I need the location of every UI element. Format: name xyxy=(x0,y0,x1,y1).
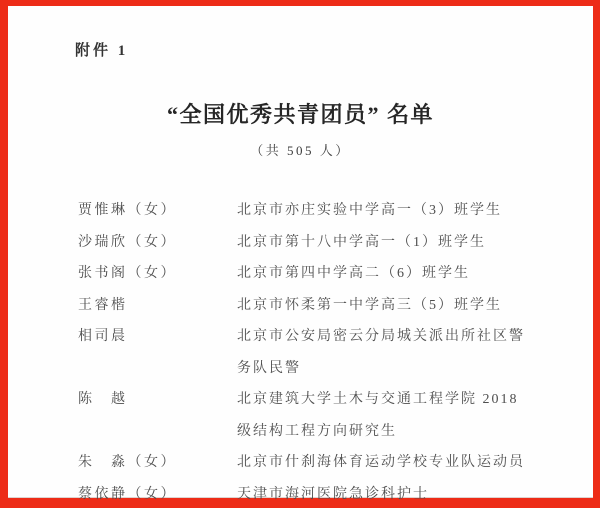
member-name: 相司晨 xyxy=(78,321,237,353)
member-description-line: 北京市公安局密云分局城关派出所社区警 xyxy=(237,321,563,353)
document-page: 附件 1 “全国优秀共青团员” 名单 （共 505 人） 贾惟琳（女） 北京市亦… xyxy=(8,6,593,498)
member-name: 王睿楷 xyxy=(78,290,237,322)
member-description-line: 天津市海河医院急诊科护士 xyxy=(237,479,563,508)
member-name: 沙瑞欣（女） xyxy=(78,227,237,259)
member-row: 相司晨 北京市公安局密云分局城关派出所社区警务队民警 xyxy=(78,321,563,384)
member-row: 蔡依静（女） 天津市海河医院急诊科护士 xyxy=(78,479,563,508)
member-description-line: 务队民警 xyxy=(237,353,563,385)
member-name: 陈 越 xyxy=(78,384,237,416)
member-description-line: 北京建筑大学土木与交通工程学院 2018 xyxy=(237,384,563,416)
member-description-line: 北京市第十八中学高一（1）班学生 xyxy=(237,227,563,259)
member-name: 朱 淼（女） xyxy=(78,447,237,479)
member-row: 张书阁（女） 北京市第四中学高二（6）班学生 xyxy=(78,258,563,290)
member-description: 北京建筑大学土木与交通工程学院 2018级结构工程方向研究生 xyxy=(237,384,563,447)
attachment-label: 附件 1 xyxy=(75,39,128,60)
member-description-line: 北京市什刹海体育运动学校专业队运动员 xyxy=(237,447,563,479)
member-description-line: 北京市怀柔第一中学高三（5）班学生 xyxy=(237,290,563,322)
member-name: 蔡依静（女） xyxy=(78,479,237,508)
member-description-line: 北京市亦庄实验中学高一（3）班学生 xyxy=(237,195,563,227)
member-description: 北京市第四中学高二（6）班学生 xyxy=(237,258,563,290)
member-description-line: 级结构工程方向研究生 xyxy=(237,416,563,448)
member-description: 北京市第十八中学高一（1）班学生 xyxy=(237,227,563,259)
member-description: 北京市亦庄实验中学高一（3）班学生 xyxy=(237,195,563,227)
member-description: 北京市什刹海体育运动学校专业队运动员 xyxy=(237,447,563,479)
member-row: 贾惟琳（女） 北京市亦庄实验中学高一（3）班学生 xyxy=(78,195,563,227)
member-row: 陈 越 北京建筑大学土木与交通工程学院 2018级结构工程方向研究生 xyxy=(78,384,563,447)
page-subtitle: （共 505 人） xyxy=(8,140,593,159)
member-row: 朱 淼（女） 北京市什刹海体育运动学校专业队运动员 xyxy=(78,447,563,479)
member-description: 北京市怀柔第一中学高三（5）班学生 xyxy=(237,290,563,322)
member-row: 沙瑞欣（女） 北京市第十八中学高一（1）班学生 xyxy=(78,227,563,259)
member-description: 北京市公安局密云分局城关派出所社区警务队民警 xyxy=(237,321,563,384)
page-title: “全国优秀共青团员” 名单 xyxy=(8,98,593,129)
document-red-frame: 附件 1 “全国优秀共青团员” 名单 （共 505 人） 贾惟琳（女） 北京市亦… xyxy=(0,0,600,508)
member-list: 贾惟琳（女） 北京市亦庄实验中学高一（3）班学生 沙瑞欣（女） 北京市第十八中学… xyxy=(78,195,563,508)
member-row: 王睿楷 北京市怀柔第一中学高三（5）班学生 xyxy=(78,290,563,322)
member-name: 张书阁（女） xyxy=(78,258,237,290)
member-name: 贾惟琳（女） xyxy=(78,195,237,227)
member-description-line: 北京市第四中学高二（6）班学生 xyxy=(237,258,563,290)
member-description: 天津市海河医院急诊科护士 xyxy=(237,479,563,508)
